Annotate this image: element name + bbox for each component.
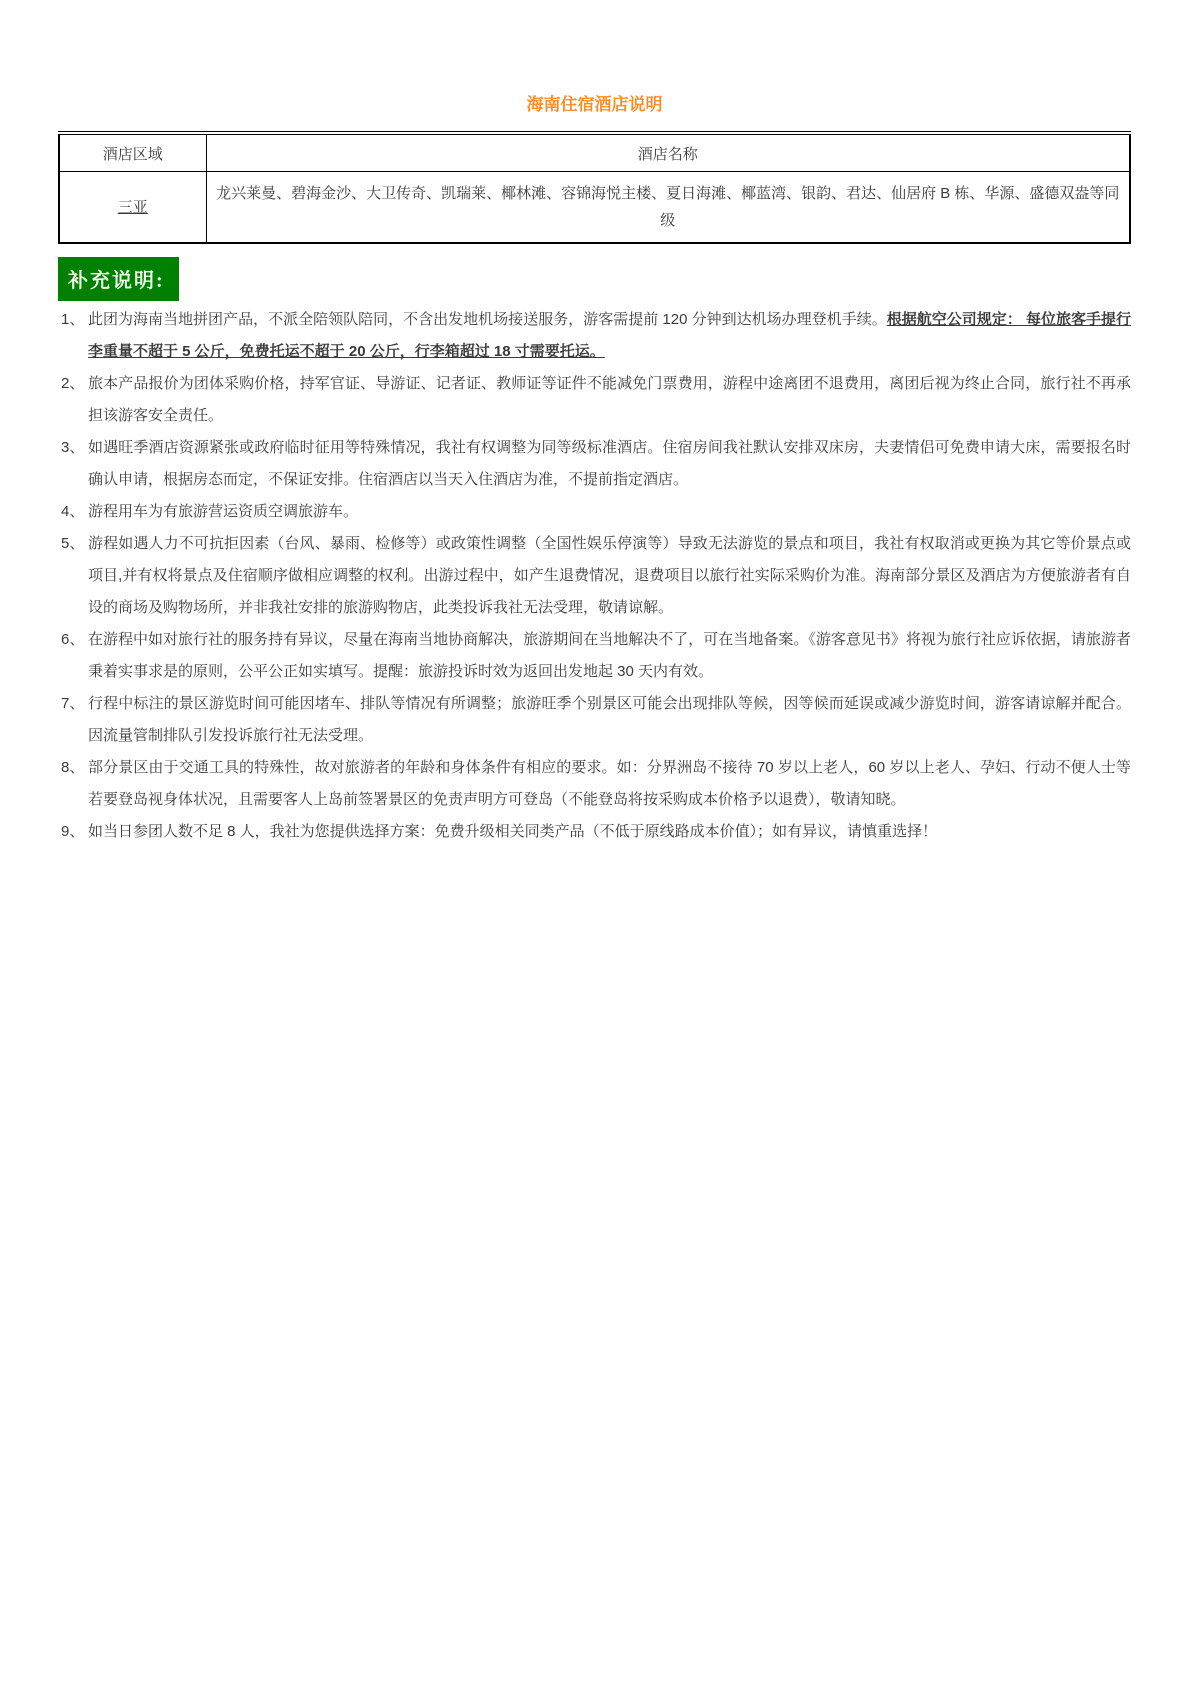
list-item: 3、如遇旺季酒店资源紧张或政府临时征用等特殊情况，我社有权调整为同等级标准酒店。… bbox=[58, 432, 1131, 496]
list-item: 2、旅本产品报价为团体采购价格，持军官证、导游证、记者证、教师证等证件不能减免门… bbox=[58, 368, 1131, 432]
table-header-row: 酒店区域 酒店名称 bbox=[59, 133, 1130, 172]
table-row: 三亚 龙兴莱曼、碧海金沙、大卫传奇、凯瑞莱、椰林滩、容锦海悦主楼、夏日海滩、椰蓝… bbox=[59, 172, 1130, 244]
list-item: 5、游程如遇人力不可抗拒因素（台风、暴雨、检修等）或政策性调整（全国性娱乐停演等… bbox=[58, 528, 1131, 624]
list-item-number: 3、 bbox=[58, 432, 88, 464]
notes-section-heading: 补充说明: bbox=[58, 257, 179, 301]
list-item-number: 7、 bbox=[58, 688, 88, 720]
list-item-number: 1、 bbox=[58, 304, 88, 336]
list-item-text: 在游程中如对旅行社的服务持有异议，尽量在海南当地协商解决，旅游期间在当地解决不了… bbox=[88, 624, 1131, 688]
list-item: 1、此团为海南当地拼团产品，不派全陪领队陪同，不含出发地机场接送服务，游客需提前… bbox=[58, 304, 1131, 368]
list-item-text: 此团为海南当地拼团产品，不派全陪领队陪同，不含出发地机场接送服务，游客需提前 1… bbox=[88, 304, 1131, 368]
page-title: 海南住宿酒店说明 bbox=[58, 90, 1131, 115]
list-item: 4、游程用车为有旅游营运资质空调旅游车。 bbox=[58, 496, 1131, 528]
list-item-number: 4、 bbox=[58, 496, 88, 528]
list-item: 7、行程中标注的景区游览时间可能因堵车、排队等情况有所调整；旅游旺季个别景区可能… bbox=[58, 688, 1131, 752]
hotel-table: 酒店区域 酒店名称 三亚 龙兴莱曼、碧海金沙、大卫传奇、凯瑞莱、椰林滩、容锦海悦… bbox=[58, 131, 1131, 244]
list-item-text: 游程如遇人力不可抗拒因素（台风、暴雨、检修等）或政策性调整（全国性娱乐停演等）导… bbox=[88, 528, 1131, 624]
list-item-number: 2、 bbox=[58, 368, 88, 400]
list-item: 9、如当日参团人数不足 8 人，我社为您提供选择方案：免费升级相关同类产品（不低… bbox=[58, 816, 1131, 848]
document-page: 海南住宿酒店说明 酒店区域 酒店名称 三亚 龙兴莱曼、碧海金沙、大卫传奇、凯瑞莱… bbox=[0, 0, 1189, 888]
region-label: 三亚 bbox=[118, 199, 148, 216]
list-item-text: 旅本产品报价为团体采购价格，持军官证、导游证、记者证、教师证等证件不能减免门票费… bbox=[88, 368, 1131, 432]
list-item-text: 部分景区由于交通工具的特殊性，故对旅游者的年龄和身体条件有相应的要求。如：分界洲… bbox=[88, 752, 1131, 816]
list-item: 6、在游程中如对旅行社的服务持有异议，尽量在海南当地协商解决，旅游期间在当地解决… bbox=[58, 624, 1131, 688]
list-item-number: 6、 bbox=[58, 624, 88, 656]
table-header-hotel-name: 酒店名称 bbox=[206, 133, 1130, 172]
list-item-number: 8、 bbox=[58, 752, 88, 784]
table-cell-hotels: 龙兴莱曼、碧海金沙、大卫传奇、凯瑞莱、椰林滩、容锦海悦主楼、夏日海滩、椰蓝湾、银… bbox=[206, 172, 1130, 244]
list-item-text: 如遇旺季酒店资源紧张或政府临时征用等特殊情况，我社有权调整为同等级标准酒店。住宿… bbox=[88, 432, 1131, 496]
notes-list: 1、此团为海南当地拼团产品，不派全陪领队陪同，不含出发地机场接送服务，游客需提前… bbox=[58, 304, 1131, 848]
list-item: 8、部分景区由于交通工具的特殊性，故对旅游者的年龄和身体条件有相应的要求。如：分… bbox=[58, 752, 1131, 816]
list-item-text: 如当日参团人数不足 8 人，我社为您提供选择方案：免费升级相关同类产品（不低于原… bbox=[88, 816, 1131, 848]
table-header-region: 酒店区域 bbox=[59, 133, 206, 172]
list-item-number: 9、 bbox=[58, 816, 88, 848]
table-cell-region: 三亚 bbox=[59, 172, 206, 244]
list-item-number: 5、 bbox=[58, 528, 88, 560]
list-item-text: 游程用车为有旅游营运资质空调旅游车。 bbox=[88, 496, 1131, 528]
list-item-text: 行程中标注的景区游览时间可能因堵车、排队等情况有所调整；旅游旺季个别景区可能会出… bbox=[88, 688, 1131, 752]
